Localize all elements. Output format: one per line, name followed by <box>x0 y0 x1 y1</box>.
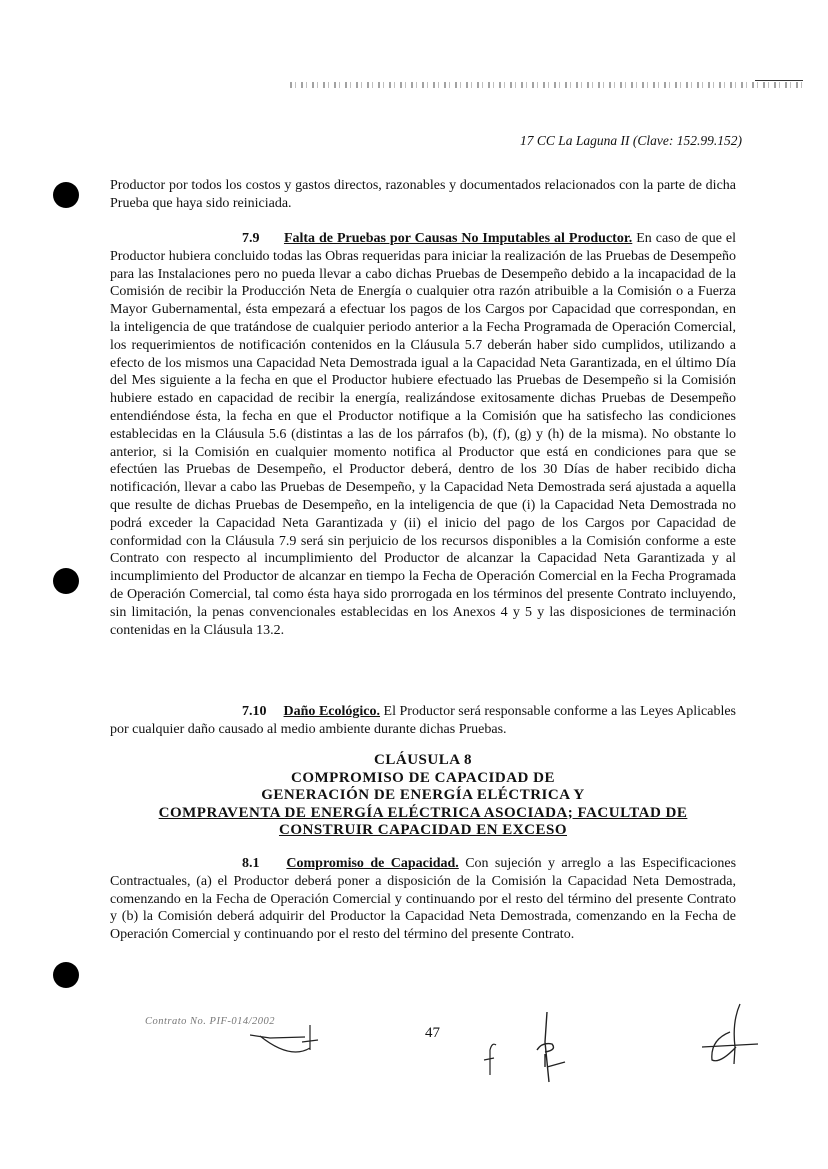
section-title: Daño Ecológico. <box>284 704 380 719</box>
scan-header-noise <box>290 82 805 88</box>
page-number: 47 <box>425 1025 440 1042</box>
section-body: El Productor será responsable conforme a… <box>110 704 736 737</box>
clause-heading-line: COMPRAVENTA DE ENERGÍA ELÉCTRICA ASOCIAD… <box>110 805 736 823</box>
section-body: En caso de que el Productor hubiera conc… <box>110 231 736 638</box>
section-7-9: 7.9 Falta de Pruebas por Causas No Imput… <box>110 230 736 639</box>
section-title: Falta de Pruebas por Causas No Imputable… <box>284 231 632 246</box>
section-number: 8.1 <box>242 855 280 873</box>
signature-initial-3-icon <box>527 1012 572 1087</box>
section-8-1: 8.1 Compromiso de Capacidad. Con sujeció… <box>110 855 736 944</box>
clause-heading-line: GENERACIÓN DE ENERGÍA ELÉCTRICA Y <box>110 787 736 805</box>
signature-initial-2-icon <box>480 1040 505 1080</box>
clause-heading-line: CONSTRUIR CAPACIDAD EN EXCESO <box>110 822 736 840</box>
signature-initial-1-icon <box>250 1020 320 1060</box>
document-header-reference: 17 CC La Laguna II (Clave: 152.99.152) <box>520 133 742 149</box>
section-7-10: 7.10 Daño Ecológico. El Productor será r… <box>110 703 736 739</box>
punch-hole <box>53 182 79 208</box>
punch-hole <box>53 962 79 988</box>
signature-initial-4-icon <box>700 1002 760 1072</box>
clause-heading-line: COMPROMISO DE CAPACIDAD DE <box>110 770 736 788</box>
section-title: Compromiso de Capacidad. <box>286 856 458 871</box>
section-number: 7.10 <box>242 703 280 721</box>
punch-hole <box>53 568 79 594</box>
clause-heading-line: CLÁUSULA 8 <box>110 752 736 770</box>
scan-header-rule <box>755 80 803 81</box>
continuation-paragraph: Productor por todos los costos y gastos … <box>110 177 736 213</box>
clause-8-heading: CLÁUSULA 8 COMPROMISO DE CAPACIDAD DE GE… <box>110 752 736 840</box>
section-number: 7.9 <box>242 230 280 248</box>
paragraph-text: Productor por todos los costos y gastos … <box>110 177 736 213</box>
